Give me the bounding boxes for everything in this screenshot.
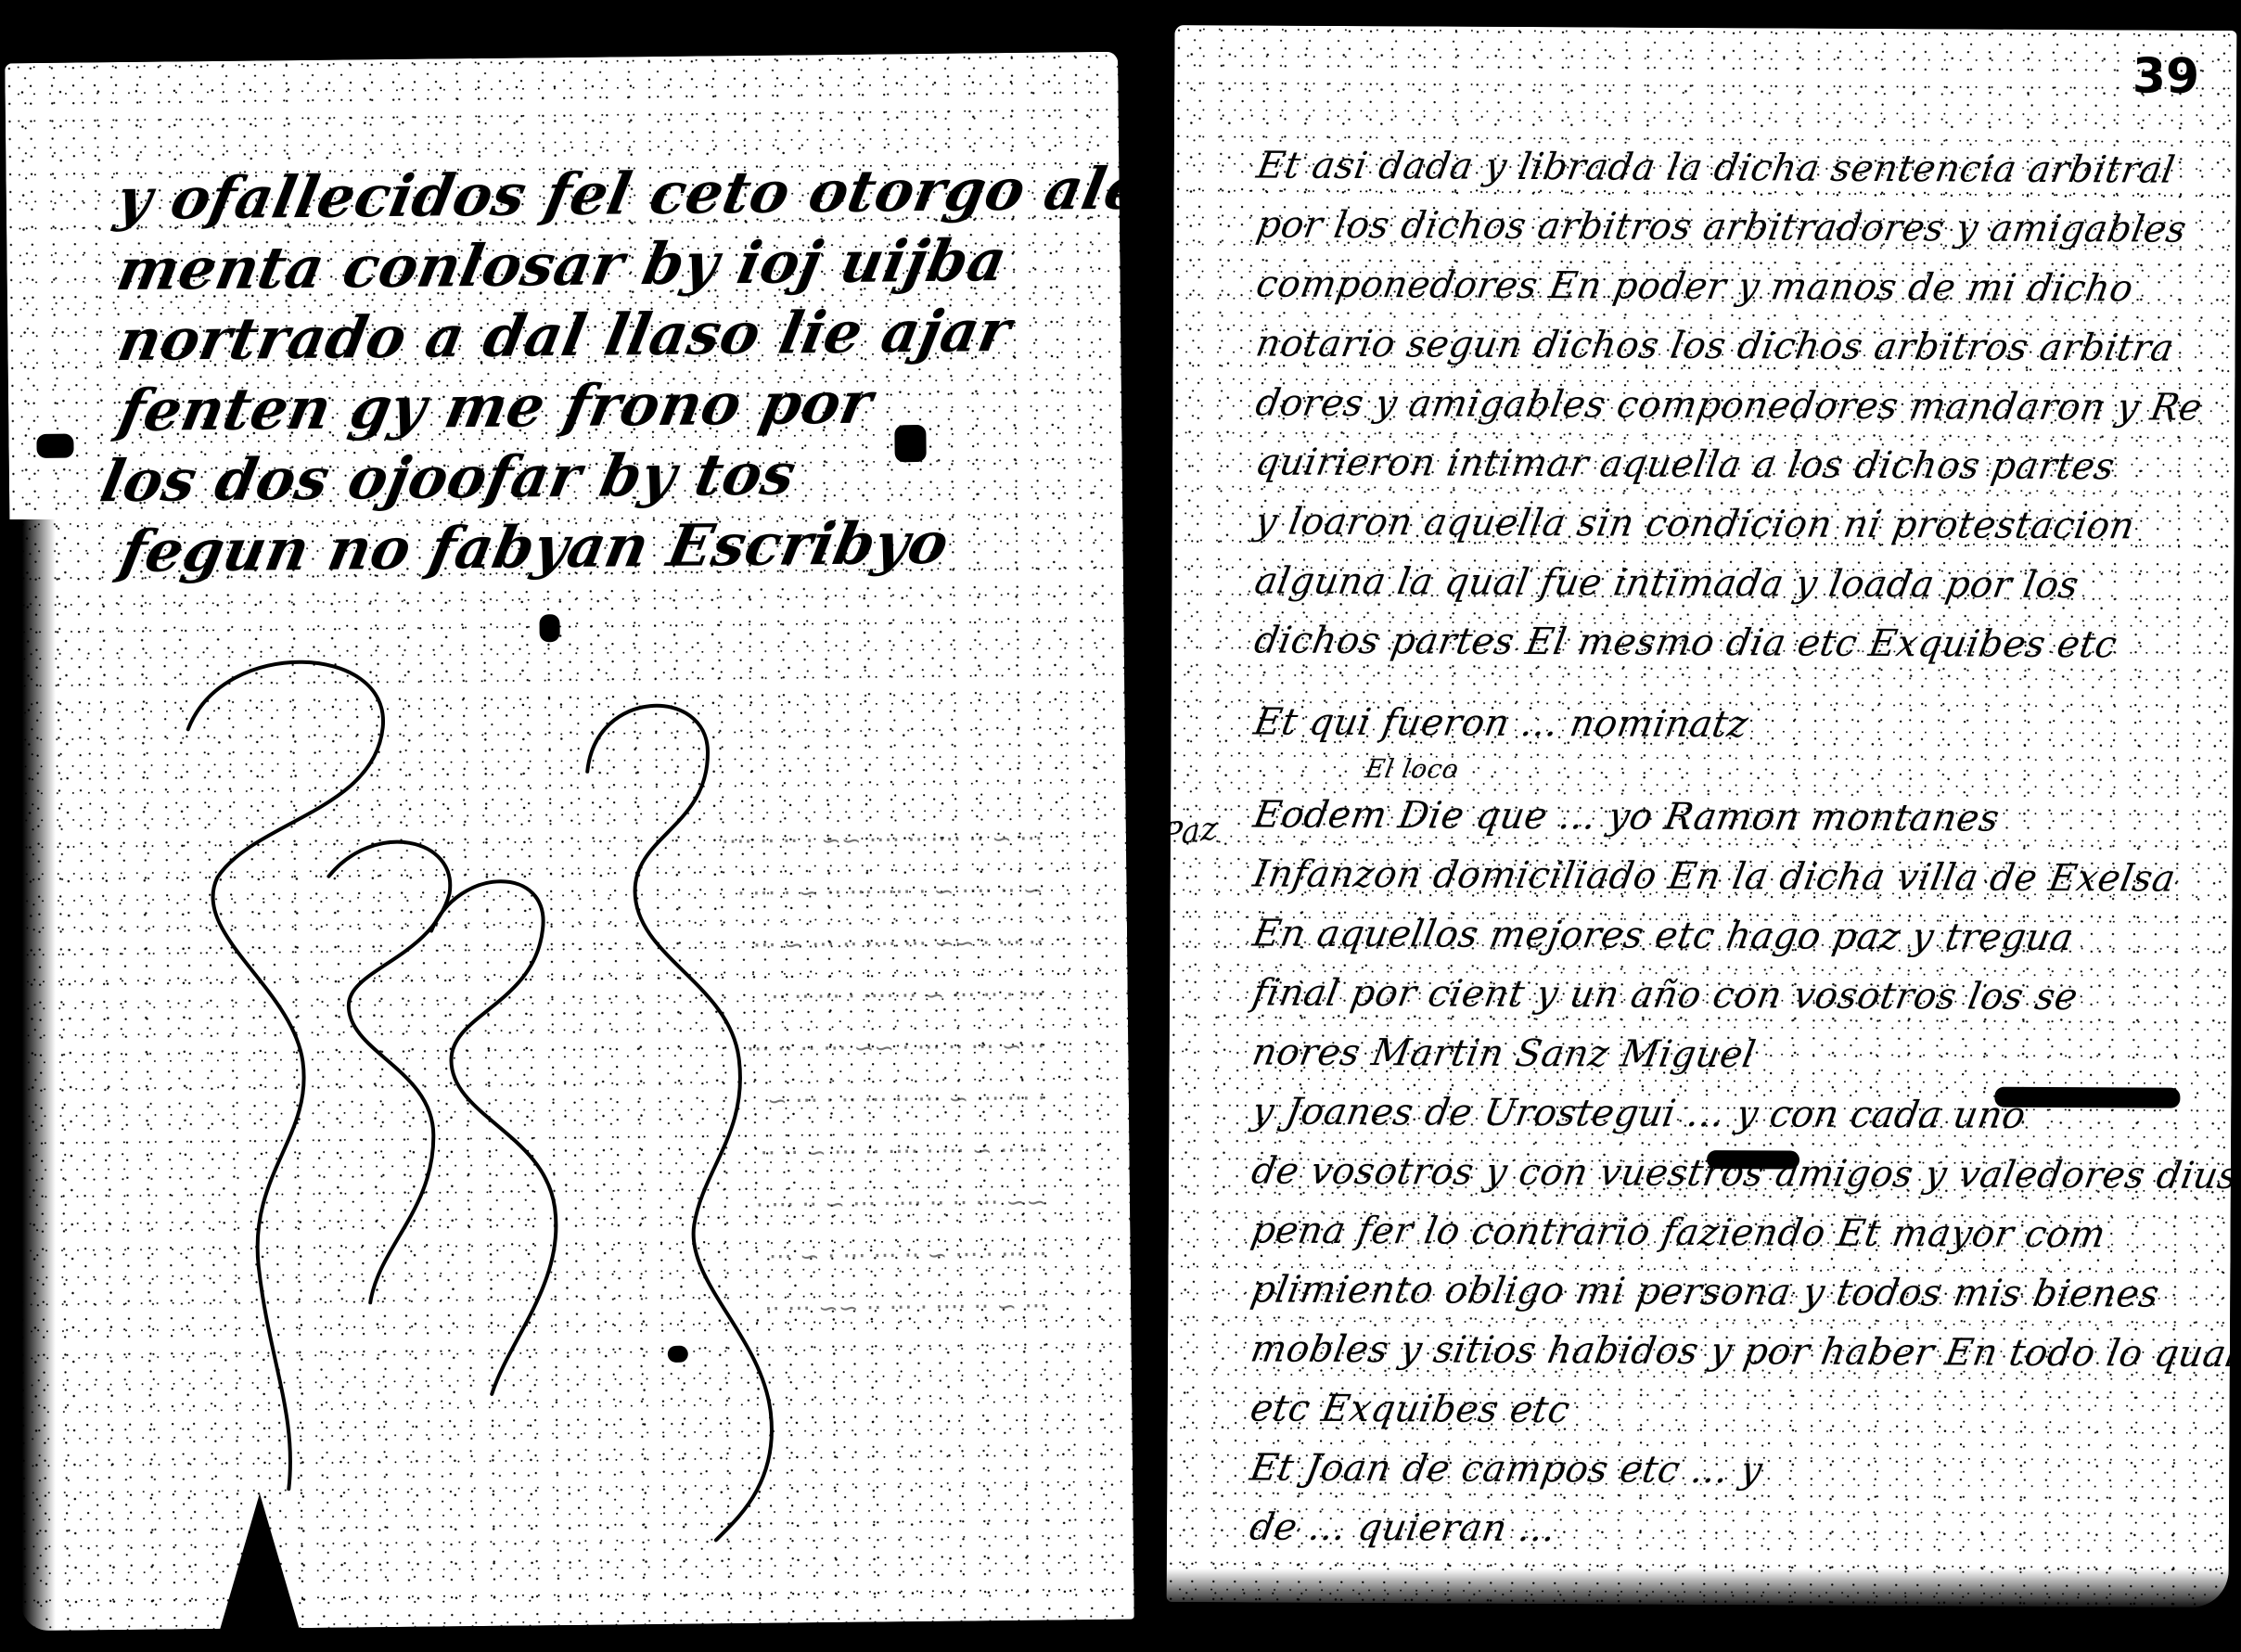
text-line: En aquellos mejores etc hago paz y tregu…: [1249, 905, 2233, 967]
text-line: notario segun dichos los dichos arbitros…: [1251, 315, 2235, 378]
text-line: por los dichos arbitros arbitradores y a…: [1252, 197, 2236, 259]
right-page-text: Et asi dada y librada la dicha sentencia…: [1250, 136, 2232, 1562]
ink-strike-redaction: [1994, 1087, 2180, 1108]
ink-strike-redaction: [1707, 1150, 1799, 1170]
ink-blot: [894, 425, 926, 462]
ink-blot: [539, 614, 559, 642]
text-line: mobles y sitios habidos y por haber En t…: [1246, 1320, 2230, 1382]
text-line: quirieron intimar aquella a los dichos p…: [1250, 434, 2235, 496]
text-line: componedores En poder y manos de mi dich…: [1251, 256, 2235, 318]
text-line: fegun no fabyan Escribyo: [114, 506, 1056, 587]
left-page: ··· ~ ·· ···· ·· ···· ~~ · ·· ·· ···· ~ …: [5, 52, 1134, 1631]
interlinear-note: El loco: [1363, 753, 2231, 789]
text-line: menta conlosar by ioj uijba: [111, 225, 1053, 306]
page-edge-shadow: [0, 519, 56, 1652]
text-line: dores y amigables componedores mandaron …: [1251, 375, 2235, 437]
ink-blot: [668, 1346, 688, 1363]
text-line: Et asi dada y librada la dicha sentencia…: [1252, 137, 2236, 199]
margin-note: Paz: [1167, 810, 1219, 855]
text-line: Eodem Die que ... yo Ramon montanes: [1249, 787, 2233, 849]
page-corner-fold: [213, 1493, 306, 1652]
ink-blot: [36, 434, 73, 458]
book-gutter: [1133, 0, 1163, 1652]
left-page-text: y ofallecidos fel ceto otorgo ales menta…: [117, 155, 1049, 587]
text-line: dichos partes El mesmo dia etc Exquibes …: [1249, 612, 2234, 674]
text-line: plimiento obligo mi persona y todos mis …: [1247, 1261, 2231, 1323]
text-line: nortrado a dal llaso lie ajar: [112, 296, 1054, 377]
cancellation-flourishes: [150, 647, 994, 1582]
text-line: nores Martin Sanz Miguel: [1248, 1023, 2232, 1085]
folio-number: 39: [2132, 48, 2200, 104]
text-line: alguna la qual fue intimada y loada por …: [1250, 553, 2235, 615]
page-edge-shadow: [1150, 1569, 2241, 1652]
manuscript-spread: ··· ~ ·· ···· ·· ···· ~~ · ·· ·· ···· ~ …: [0, 0, 2241, 1652]
flourish-strokes-icon: [150, 647, 994, 1582]
text-line: final por cient y un año con vosotros lo…: [1248, 965, 2232, 1027]
text-line: Et Joan de campos etc ... y: [1246, 1439, 2230, 1501]
text-line: pena fer lo contrario faziendo Et mayor …: [1247, 1201, 2231, 1263]
text-line: de ... quieran ...: [1245, 1498, 2229, 1560]
text-line: Infanzon domiciliado En la dicha villa d…: [1249, 846, 2233, 908]
text-line: Et qui fueron ... nominatz: [1249, 694, 2234, 756]
text-line: etc Exquibes etc: [1246, 1379, 2230, 1441]
text-line: y ofallecidos fel ceto otorgo ales: [110, 155, 1052, 236]
text-line: y loaron aquella sin condicion ni protes…: [1250, 493, 2235, 556]
right-page: 39 Paz Et asi dada y librada la dicha se…: [1167, 25, 2237, 1607]
